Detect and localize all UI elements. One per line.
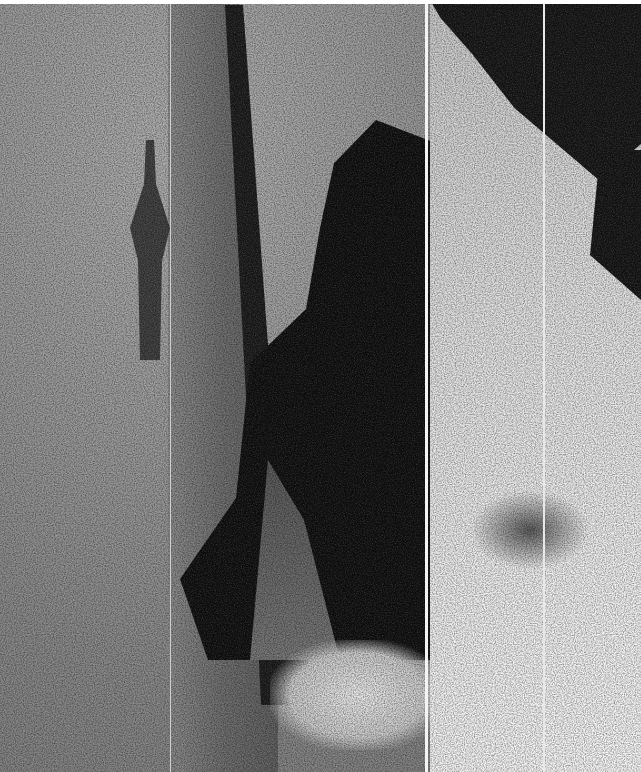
top-border [0, 0, 641, 4]
scan-line [425, 0, 428, 772]
scan-line [170, 0, 171, 772]
scan-line [543, 0, 545, 772]
photograph [0, 0, 641, 772]
